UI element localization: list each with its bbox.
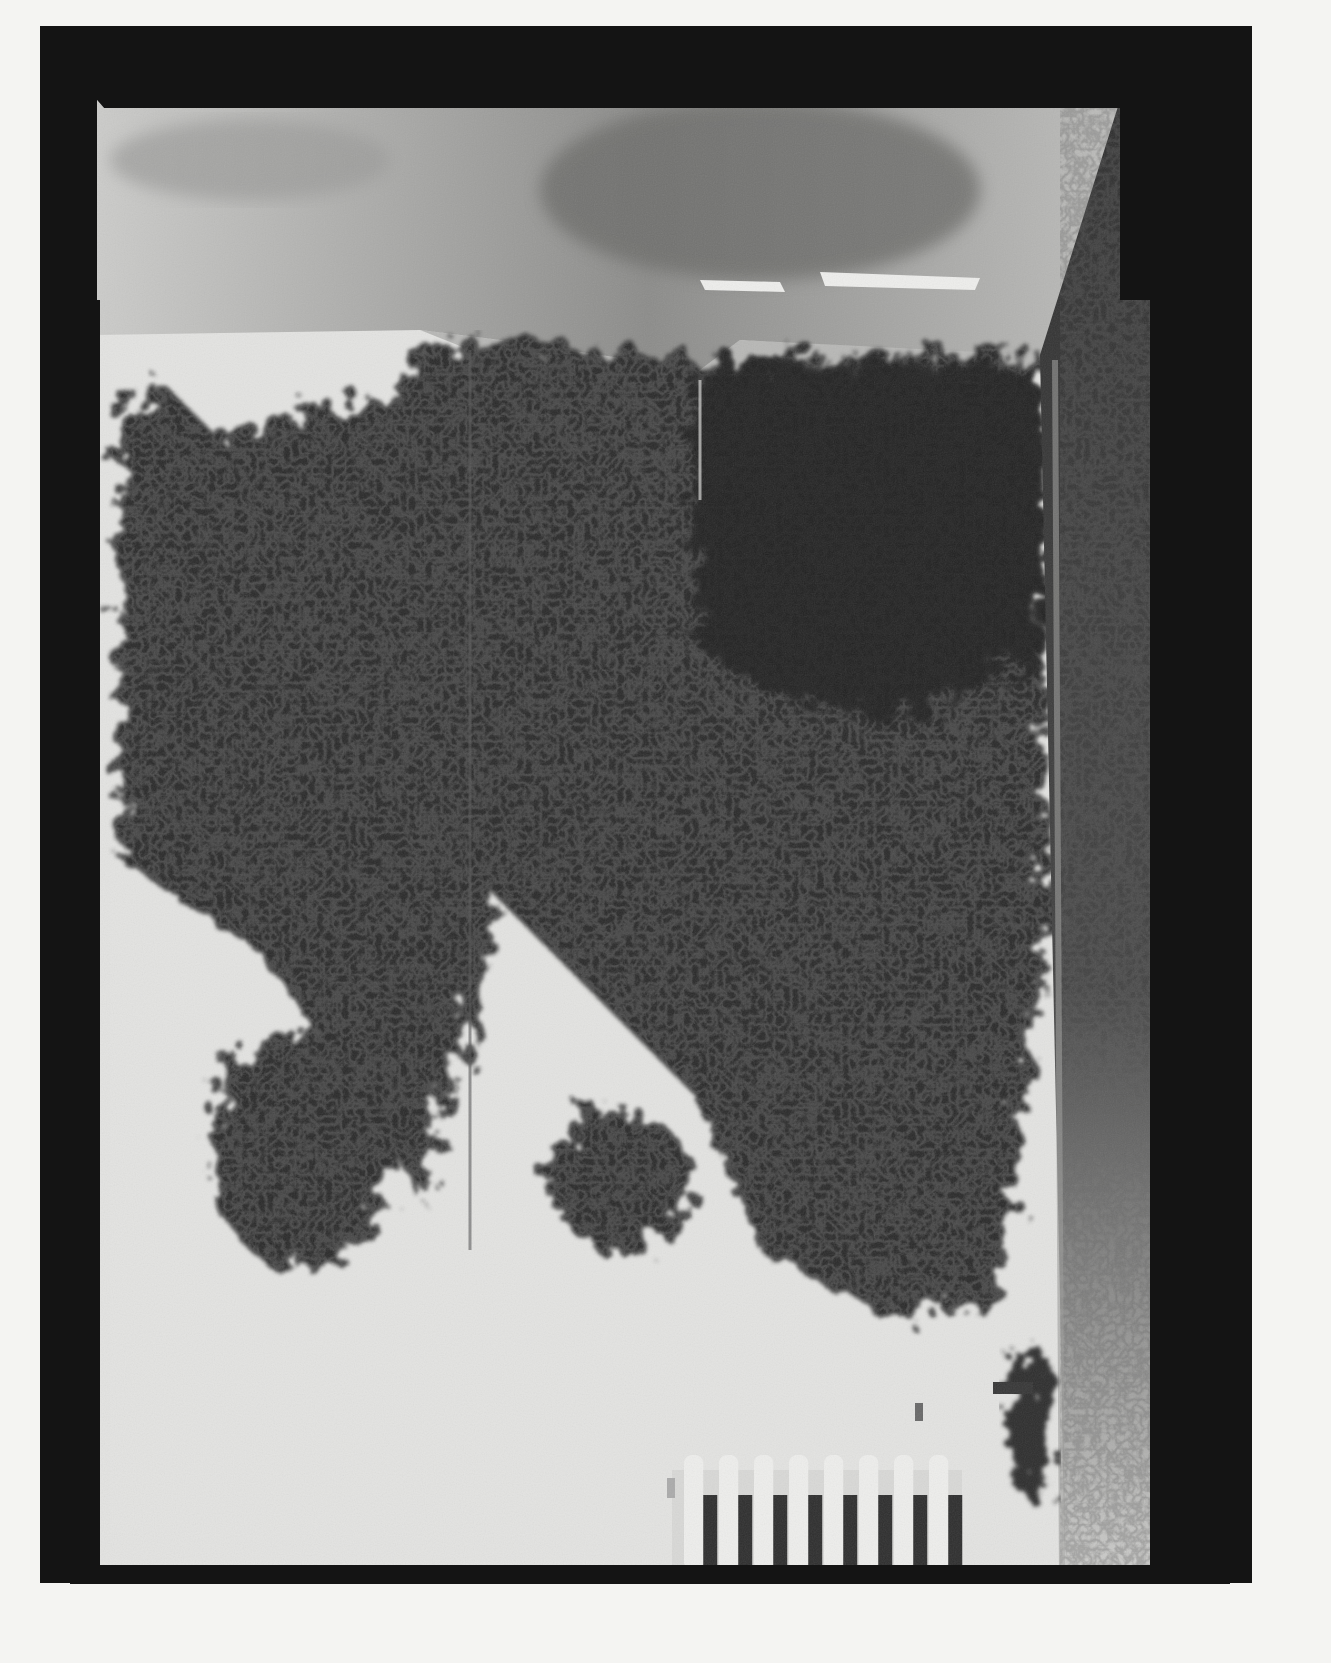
- photo-content: [70, 100, 1160, 1580]
- photograph: [0, 0, 1331, 1663]
